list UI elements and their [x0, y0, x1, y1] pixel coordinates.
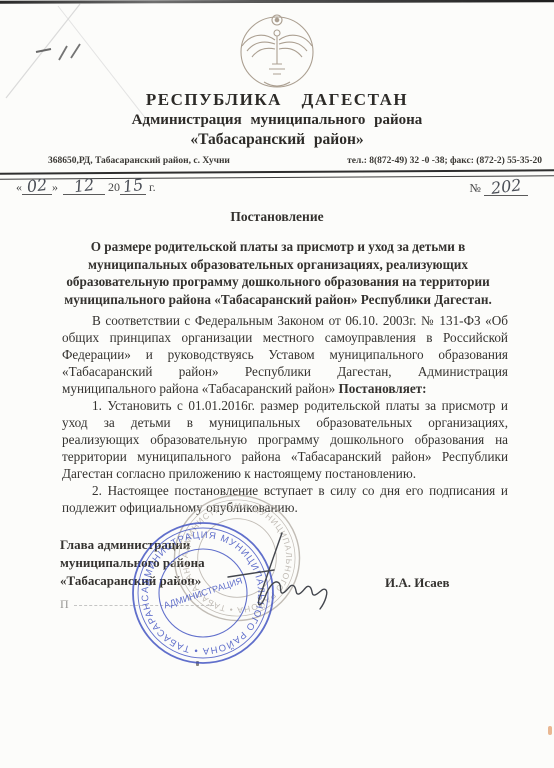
signatory-position-line2: муниципального района	[60, 554, 205, 572]
document-subject: О размере родительской платы за присмотр…	[52, 238, 504, 308]
paragraph-item-2: 2. Настоящее постановление вступает в си…	[62, 482, 508, 516]
year-suffix: г.	[149, 180, 156, 194]
scan-speck	[548, 726, 552, 735]
phone-fax: тел.: 8(872-49) 32 -0 -38; факс: (872-2)…	[347, 156, 542, 166]
handwritten-month: 12	[73, 178, 95, 194]
contact-row: 368650,РД, Табасаранский район, с. Хучни…	[48, 156, 542, 166]
district-name: «Табасаранский район»	[0, 131, 554, 149]
signatory-position-line1: Глава администрации	[60, 536, 205, 554]
letterhead: РЕСПУБЛИКА ДАГЕСТАН Администрация муници…	[0, 90, 554, 149]
handwritten-day: 02	[26, 178, 48, 194]
year-prefix: 20	[108, 180, 120, 194]
number-sign: №	[470, 181, 481, 195]
paragraph-legal-basis: В соответствии с Федеральным Законом от …	[62, 312, 508, 397]
postal-address: 368650,РД, Табасаранский район, с. Хучни	[48, 156, 230, 166]
document-title: Постановление	[0, 209, 554, 225]
scanned-document-page: РЕСПУБЛИКА ДАГЕСТАН Администрация муници…	[0, 0, 554, 768]
dagestan-coat-of-arms-icon	[234, 6, 320, 90]
document-body: В соответствии с Федеральным Законом от …	[62, 312, 508, 516]
handwritten-number: 202	[490, 178, 522, 196]
handwritten-signature	[226, 531, 356, 616]
paragraph-legal-basis-text: В соответствии с Федеральным Законом от …	[62, 313, 508, 396]
footer-note-mark: П	[60, 597, 69, 611]
republic-name: РЕСПУБЛИКА ДАГЕСТАН	[0, 90, 554, 110]
handwritten-year: 15	[122, 178, 144, 194]
paragraph-item-1: 1. Установить с 01.01.2016г. размер роди…	[62, 397, 508, 482]
signatory-name: И.А. Исаев	[385, 575, 450, 591]
date-line: «02» 12 2015 г.	[16, 179, 156, 195]
date-close-quote: »	[52, 180, 58, 194]
administration-name: Администрация муниципального района	[0, 112, 554, 129]
scan-edge-line	[0, 0, 554, 4]
signatory-position-line3: «Табасаранский район»	[60, 572, 205, 590]
footer-note-line: П	[60, 597, 214, 612]
scan-speck	[196, 661, 199, 666]
signatory-position: Глава администрации муниципального район…	[60, 536, 205, 590]
document-number-line: № 202	[470, 180, 528, 196]
resolves-keyword: Постановляет:	[339, 381, 427, 396]
